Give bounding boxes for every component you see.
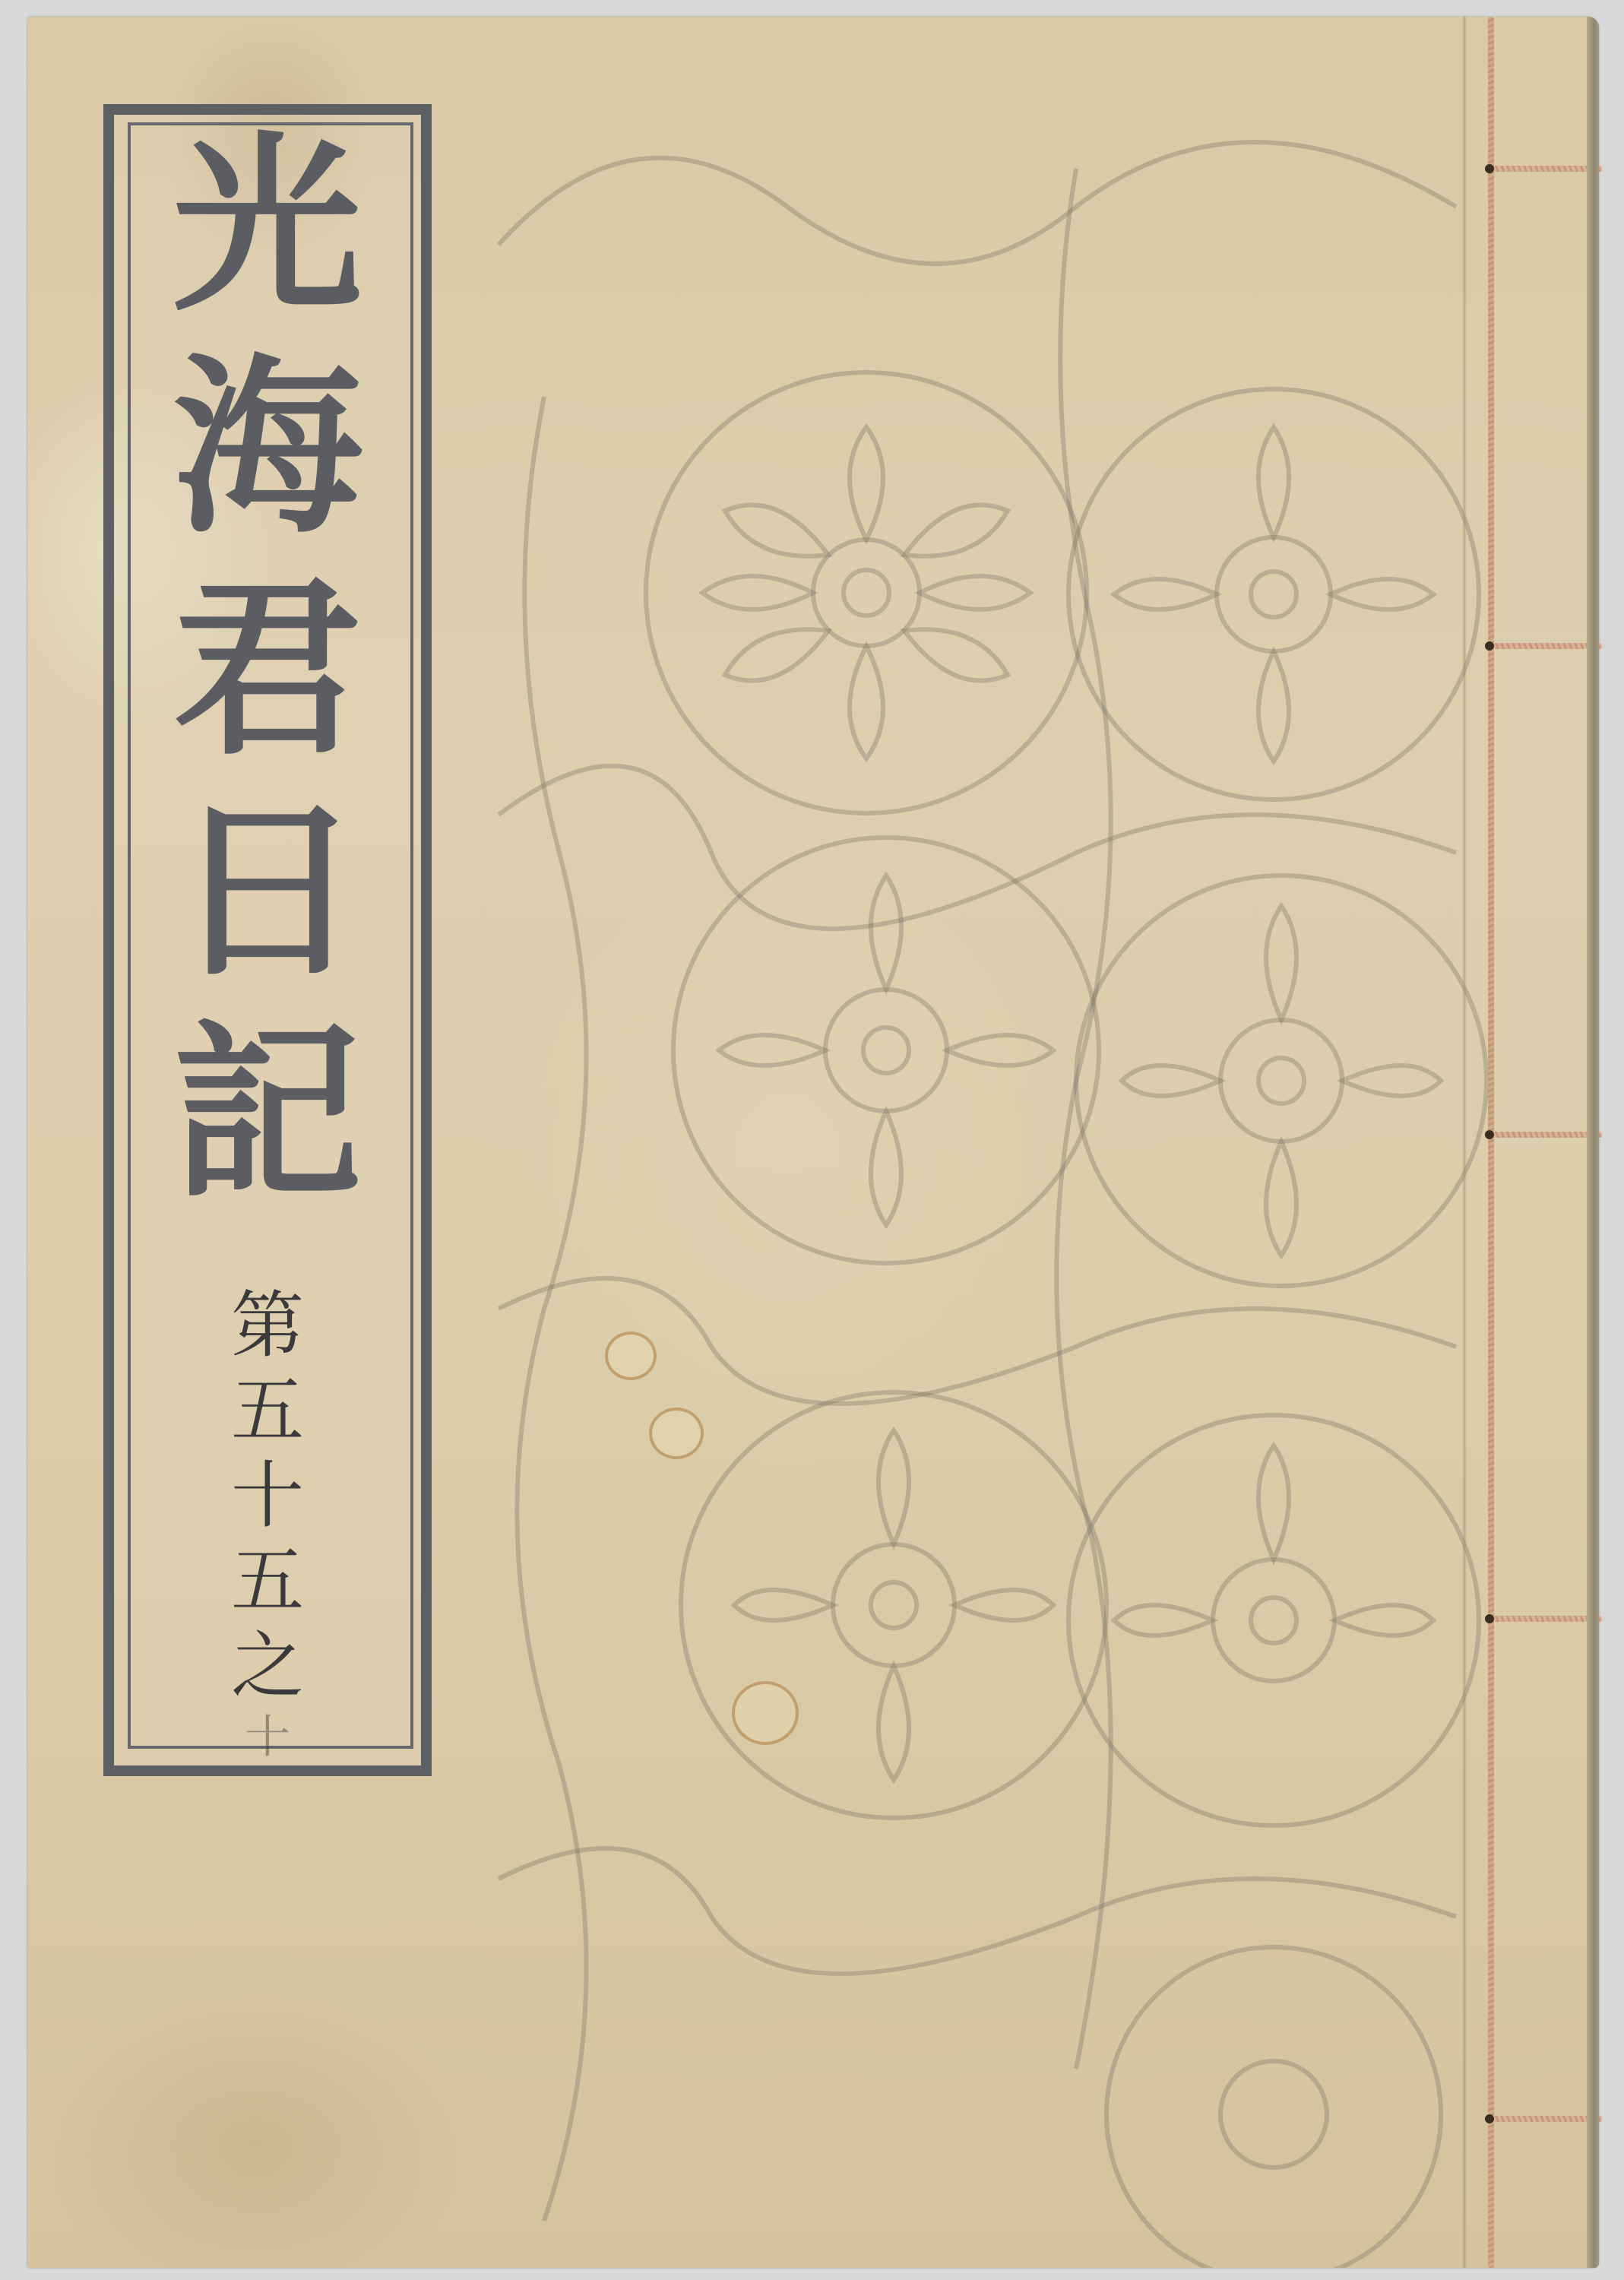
volume-char: 五	[231, 1544, 304, 1629]
title-char: 光	[173, 130, 362, 352]
water-stain	[605, 1332, 657, 1380]
stitch-hole-5	[1485, 2114, 1494, 2123]
volume-char: 之	[231, 1629, 304, 1715]
book-cover: 光 海 君 日 記 第 五 十 五 之 十	[27, 17, 1599, 2268]
volume-char: 五	[231, 1374, 304, 1459]
binding-thread-5	[1488, 2116, 1602, 2122]
binding-thread-4	[1488, 1616, 1602, 1622]
binding-thread-2	[1488, 643, 1602, 649]
title-slip: 光 海 君 日 記 第 五 十 五 之 十	[103, 104, 432, 1776]
water-stain	[732, 1681, 799, 1745]
title-char: 君	[173, 574, 362, 796]
stitch-hole-3	[1485, 1130, 1494, 1139]
stitch-hole-2	[1485, 641, 1494, 651]
book-spine-edge	[1587, 17, 1599, 2268]
water-stain	[649, 1408, 704, 1459]
volume-char-faint: 十	[245, 1715, 290, 1768]
title-char: 日	[173, 796, 362, 1018]
title-char: 海	[173, 352, 362, 574]
volume-number: 第 五 十 五 之 十	[114, 1289, 421, 1768]
volume-char: 第	[231, 1289, 304, 1374]
binding-thread-1	[1488, 166, 1602, 172]
spine-fold-line	[1462, 17, 1467, 2268]
stitch-hole-1	[1485, 164, 1494, 173]
book-title: 光 海 君 日 記	[114, 130, 421, 1240]
binding-thread-3	[1488, 1132, 1602, 1138]
stitch-hole-4	[1485, 1614, 1494, 1623]
binding-thread-vertical	[1488, 17, 1494, 2268]
title-char: 記	[173, 1018, 362, 1240]
volume-char: 十	[231, 1459, 304, 1544]
